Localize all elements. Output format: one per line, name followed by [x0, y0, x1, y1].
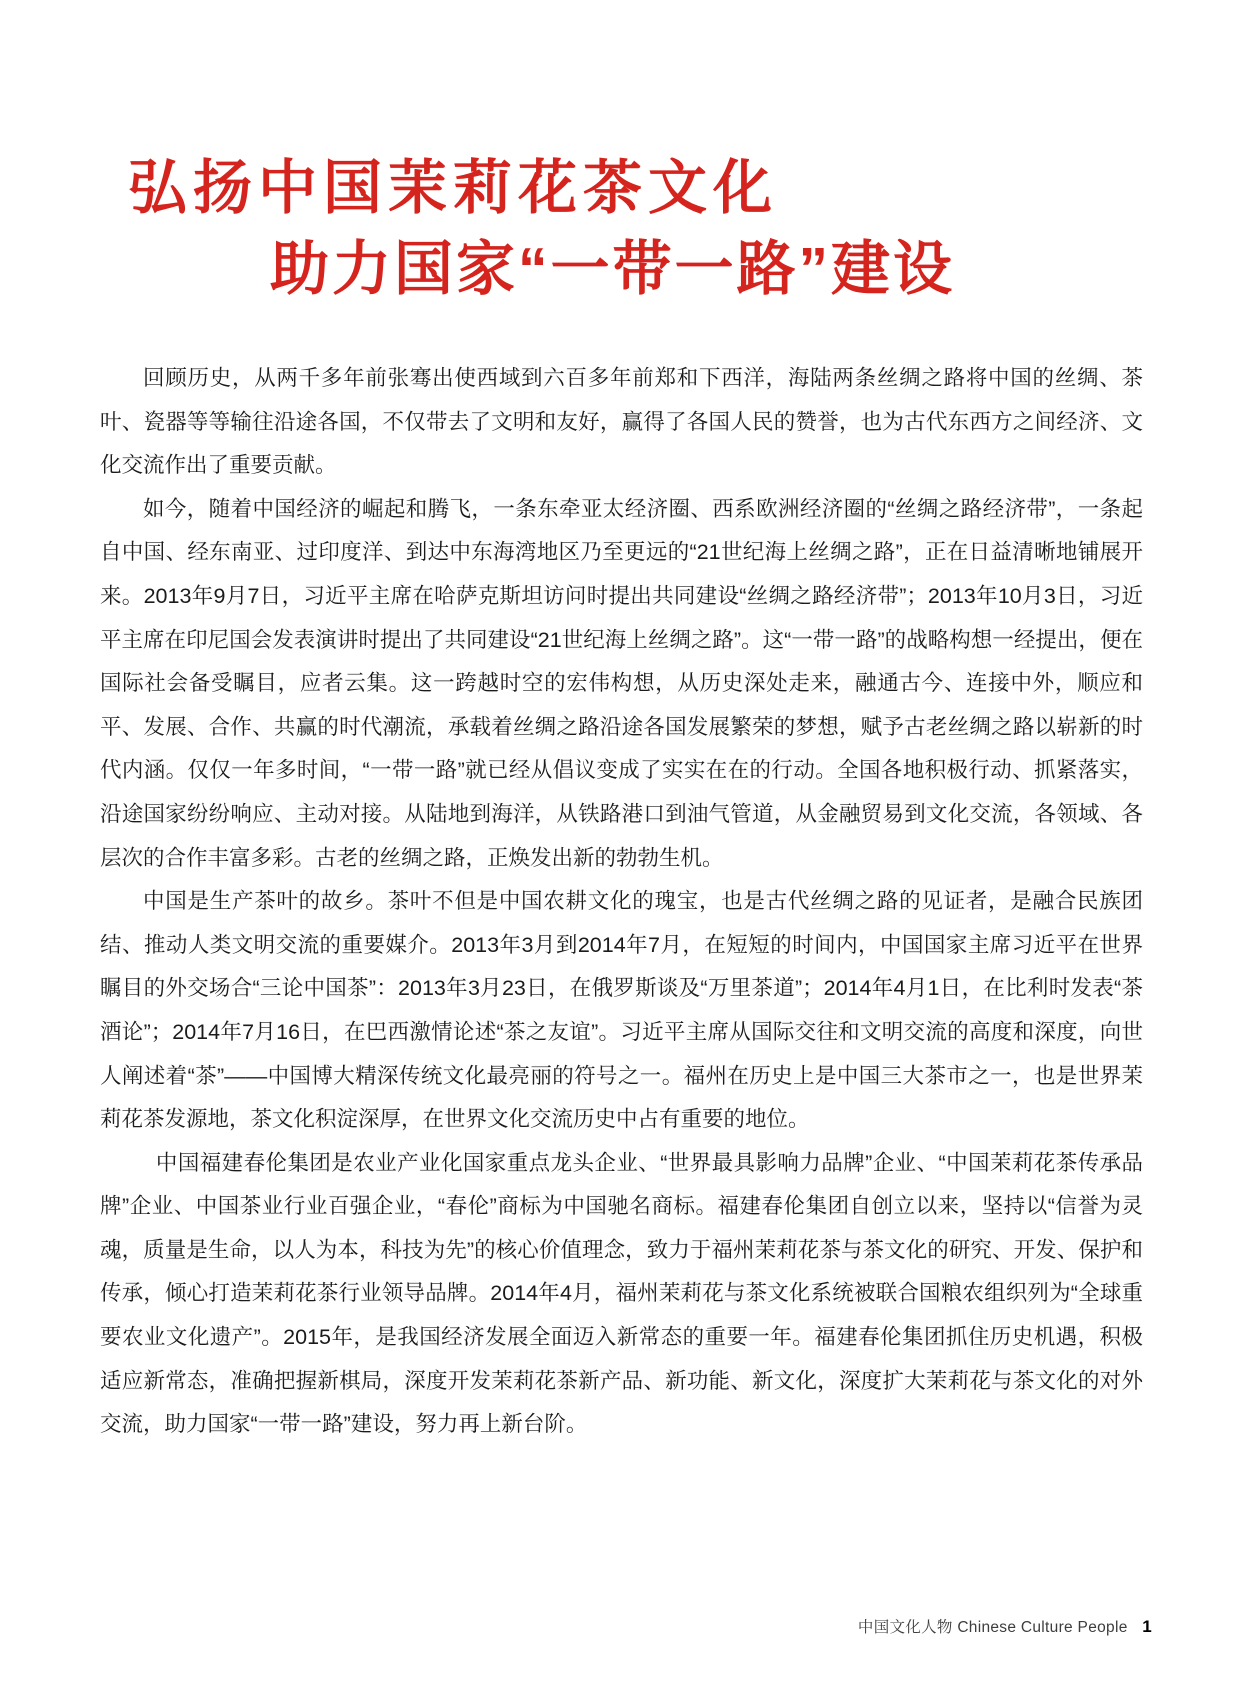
journal-name-cn: 中国文化人物 — [858, 1619, 953, 1636]
article-title: 弘扬中国茉莉花茶文化 助力国家“一带一路”建设 — [128, 148, 955, 310]
journal-name-en: Chinese Culture People — [957, 1619, 1127, 1636]
paragraph-chunlun-group: 中国福建春伦集团是农业产业化国家重点龙头企业、“世界最具影响力品牌”企业、“中国… — [100, 1142, 1143, 1447]
article-body: 回顾历史，从两千多年前张骞出使西域到六百多年前郑和下西洋，海陆两条丝绸之路将中国… — [100, 357, 1143, 1447]
paragraph-belt-and-road: 如今，随着中国经济的崛起和腾飞，一条东牵亚太经济圈、西系欧洲经济圈的“丝绸之路经… — [100, 488, 1143, 880]
paragraph-history: 回顾历史，从两千多年前张骞出使西域到六百多年前郑和下西洋，海陆两条丝绸之路将中国… — [100, 357, 1143, 488]
article-title-line1: 弘扬中国茉莉花茶文化 — [128, 148, 955, 229]
page-number: 1 — [1142, 1617, 1152, 1637]
paragraph-tea-culture: 中国是生产茶叶的故乡。茶叶不但是中国农耕文化的瑰宝，也是古代丝绸之路的见证者，是… — [100, 880, 1143, 1142]
article-title-line2: 助力国家“一带一路”建设 — [128, 229, 955, 310]
page-footer: 中国文化人物 Chinese Culture People 1 — [858, 1615, 1152, 1637]
document-page: 弘扬中国茉莉花茶文化 助力国家“一带一路”建设 回顾历史，从两千多年前张骞出使西… — [0, 0, 1240, 1683]
